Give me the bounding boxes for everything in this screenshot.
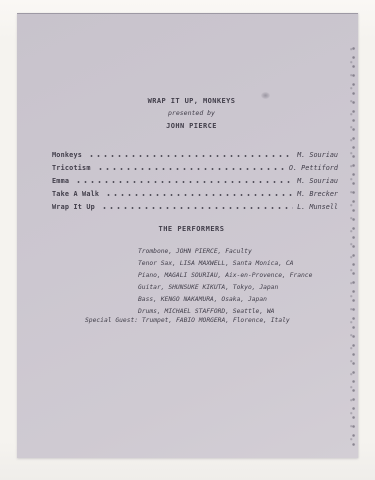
composer-name: O. Pettiford xyxy=(289,164,338,173)
performer-line: Bass, KENGO NAKAMURA, Osaka, Japan xyxy=(138,294,312,306)
performer-line: Tenor Sax, LISA MAXWELL, Santa Monica, C… xyxy=(138,258,312,270)
song-title: Tricotism xyxy=(52,164,91,173)
special-guest-line: Special Guest: Trumpet, FABIO MORGERA, F… xyxy=(85,317,290,324)
program-title: WRAP IT UP, MONKEYS xyxy=(25,97,358,105)
program-row: Monkeys M. Souriau xyxy=(52,147,338,160)
dot-leader xyxy=(86,147,293,160)
song-title: Wrap It Up xyxy=(52,203,95,212)
program-row: Take A Walk M. Brecker xyxy=(52,186,338,199)
program-list: Monkeys M. Souriau Tricotism O. Pettifor… xyxy=(52,147,338,212)
composer-name: M. Souriau xyxy=(297,177,338,186)
performers-heading: THE PERFORMERS xyxy=(25,225,358,233)
program-row: Emma M. Souriau xyxy=(52,173,338,186)
dot-leader xyxy=(99,199,293,212)
title-block: WRAP IT UP, MONKEYS presented by JOHN PI… xyxy=(25,97,358,130)
song-title: Emma xyxy=(52,177,69,186)
presenter-name: JOHN PIERCE xyxy=(25,122,358,130)
composer-name: M. Brecker xyxy=(297,190,338,199)
perforated-edge xyxy=(350,44,357,446)
performer-line: Piano, MAGALI SOURIAU, Aix-en-Provence, … xyxy=(138,270,312,282)
scanned-page: WRAP IT UP, MONKEYS presented by JOHN PI… xyxy=(0,0,375,480)
dot-leader xyxy=(103,186,293,199)
dot-leader xyxy=(73,173,293,186)
performers-list: Trombone, JOHN PIERCE, Faculty Tenor Sax… xyxy=(138,246,312,318)
composer-name: M. Souriau xyxy=(297,151,338,160)
performer-line: Guitar, SHUNSUKE KIKUTA, Tokyo, Japan xyxy=(138,282,312,294)
composer-name: L. Munsell xyxy=(297,203,338,212)
program-row: Tricotism O. Pettiford xyxy=(52,160,338,173)
program-row: Wrap It Up L. Munsell xyxy=(52,199,338,212)
program-paper: WRAP IT UP, MONKEYS presented by JOHN PI… xyxy=(17,13,358,458)
song-title: Monkeys xyxy=(52,151,82,160)
presented-by-label: presented by xyxy=(25,109,358,117)
dot-leader xyxy=(95,160,285,173)
performer-line: Trombone, JOHN PIERCE, Faculty xyxy=(138,246,312,258)
song-title: Take A Walk xyxy=(52,190,99,199)
